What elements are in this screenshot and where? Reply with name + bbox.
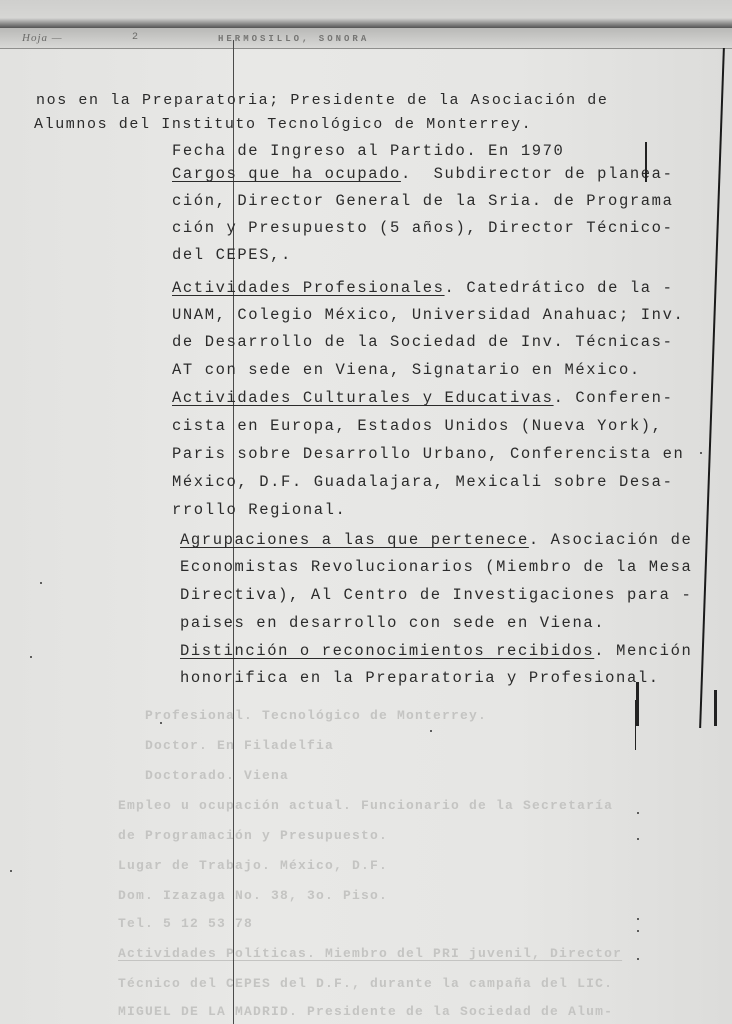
section-heading: Cargos que ha ocupado	[172, 165, 401, 183]
ink-speck	[637, 958, 639, 960]
text-run: . Conferen-	[554, 389, 674, 407]
ink-speck	[430, 730, 432, 732]
sheet-label: Hoja —	[22, 32, 63, 44]
ink-speck	[10, 870, 12, 872]
text-run: . Mención	[594, 642, 692, 660]
ink-mark	[645, 142, 647, 182]
ghost-line: Doctorado. Viena	[145, 768, 289, 783]
ghost-line: Técnico del CEPES del D.F., durante la c…	[118, 976, 613, 991]
ink-speck	[700, 452, 702, 454]
text-line: Directiva), Al Centro de Investigaciones…	[180, 586, 692, 604]
ghost-line: Actividades Políticas. Miembro del PRI j…	[118, 946, 622, 961]
text-line: ción, Director General de la Sria. de Pr…	[172, 192, 673, 210]
section-actividades-profesionales: Actividades Profesionales. Catedrático d…	[172, 279, 673, 297]
ghost-line: Dom. Izazaga No. 38, 3o. Piso.	[118, 888, 388, 903]
text-line: paises en desarrollo con sede en Viena.	[180, 614, 605, 632]
text-line: México, D.F. Guadalajara, Mexicali sobre…	[172, 473, 673, 491]
text-line: AT con sede en Viena, Signatario en Méxi…	[172, 361, 641, 379]
section-distincion: Distinción o reconocimientos recibidos. …	[180, 642, 692, 660]
text-line: UNAM, Colegio México, Universidad Anahua…	[172, 306, 684, 324]
ink-speck	[160, 722, 162, 724]
page-curl-shadow	[0, 0, 732, 30]
ink-mark	[636, 682, 639, 726]
section-actividades-culturales: Actividades Culturales y Educativas. Con…	[172, 389, 673, 407]
text-line: Economistas Revolucionarios (Miembro de …	[180, 558, 692, 576]
header-city: HERMOSILLO, SONORA	[218, 34, 369, 44]
ink-speck	[637, 812, 639, 814]
ghost-line: Profesional. Tecnológico de Monterrey.	[145, 708, 487, 723]
section-heading: Actividades Profesionales	[172, 279, 445, 297]
text-line: ción y Presupuesto (5 años), Director Té…	[172, 219, 673, 237]
section-heading: Actividades Culturales y Educativas	[172, 389, 554, 407]
ink-mark	[714, 690, 717, 726]
section-heading: Agrupaciones a las que pertenece	[180, 531, 529, 549]
section-heading: Distinción o reconocimientos recibidos	[180, 642, 594, 660]
text-line: Paris sobre Desarrollo Urbano, Conferenc…	[172, 445, 684, 463]
sheet-number: 2	[132, 32, 138, 43]
text-line: del CEPES,.	[172, 246, 292, 264]
ghost-line: de Programación y Presupuesto.	[118, 828, 388, 843]
ink-speck	[40, 582, 42, 584]
ghost-line: Doctor. En Filadelfia	[145, 738, 334, 753]
text-line: de Desarrollo de la Sociedad de Inv. Téc…	[172, 333, 673, 351]
ghost-line: Lugar de Trabajo. México, D.F.	[118, 858, 388, 873]
text-line: rrollo Regional.	[172, 501, 346, 519]
section-cargos: Cargos que ha ocupado. Subdirector de pl…	[172, 165, 673, 183]
text-line: nos en la Preparatoria; Presidente de la…	[36, 92, 608, 109]
ink-speck	[637, 838, 639, 840]
text-line: Alumnos del Instituto Tecnológico de Mon…	[34, 116, 532, 133]
section-agrupaciones: Agrupaciones a las que pertenece. Asocia…	[180, 531, 692, 549]
text-line: cista en Europa, Estados Unidos (Nueva Y…	[172, 417, 663, 435]
ink-speck	[637, 930, 639, 932]
ink-speck	[637, 918, 639, 920]
text-run: . Subdirector de planea-	[401, 165, 674, 183]
text-run: . Catedrático de la -	[445, 279, 674, 297]
ghost-line: MIGUEL DE LA MADRID. Presidente de la So…	[118, 1004, 613, 1019]
text-run: . Asociación de	[529, 531, 693, 549]
ink-speck	[30, 656, 32, 658]
text-line: honorifica en la Preparatoria y Profesio…	[180, 669, 660, 687]
text-line: Fecha de Ingreso al Partido. En 1970	[172, 142, 564, 160]
ink-mark	[635, 700, 636, 750]
ghost-line: Empleo u ocupación actual. Funcionario d…	[118, 798, 613, 813]
